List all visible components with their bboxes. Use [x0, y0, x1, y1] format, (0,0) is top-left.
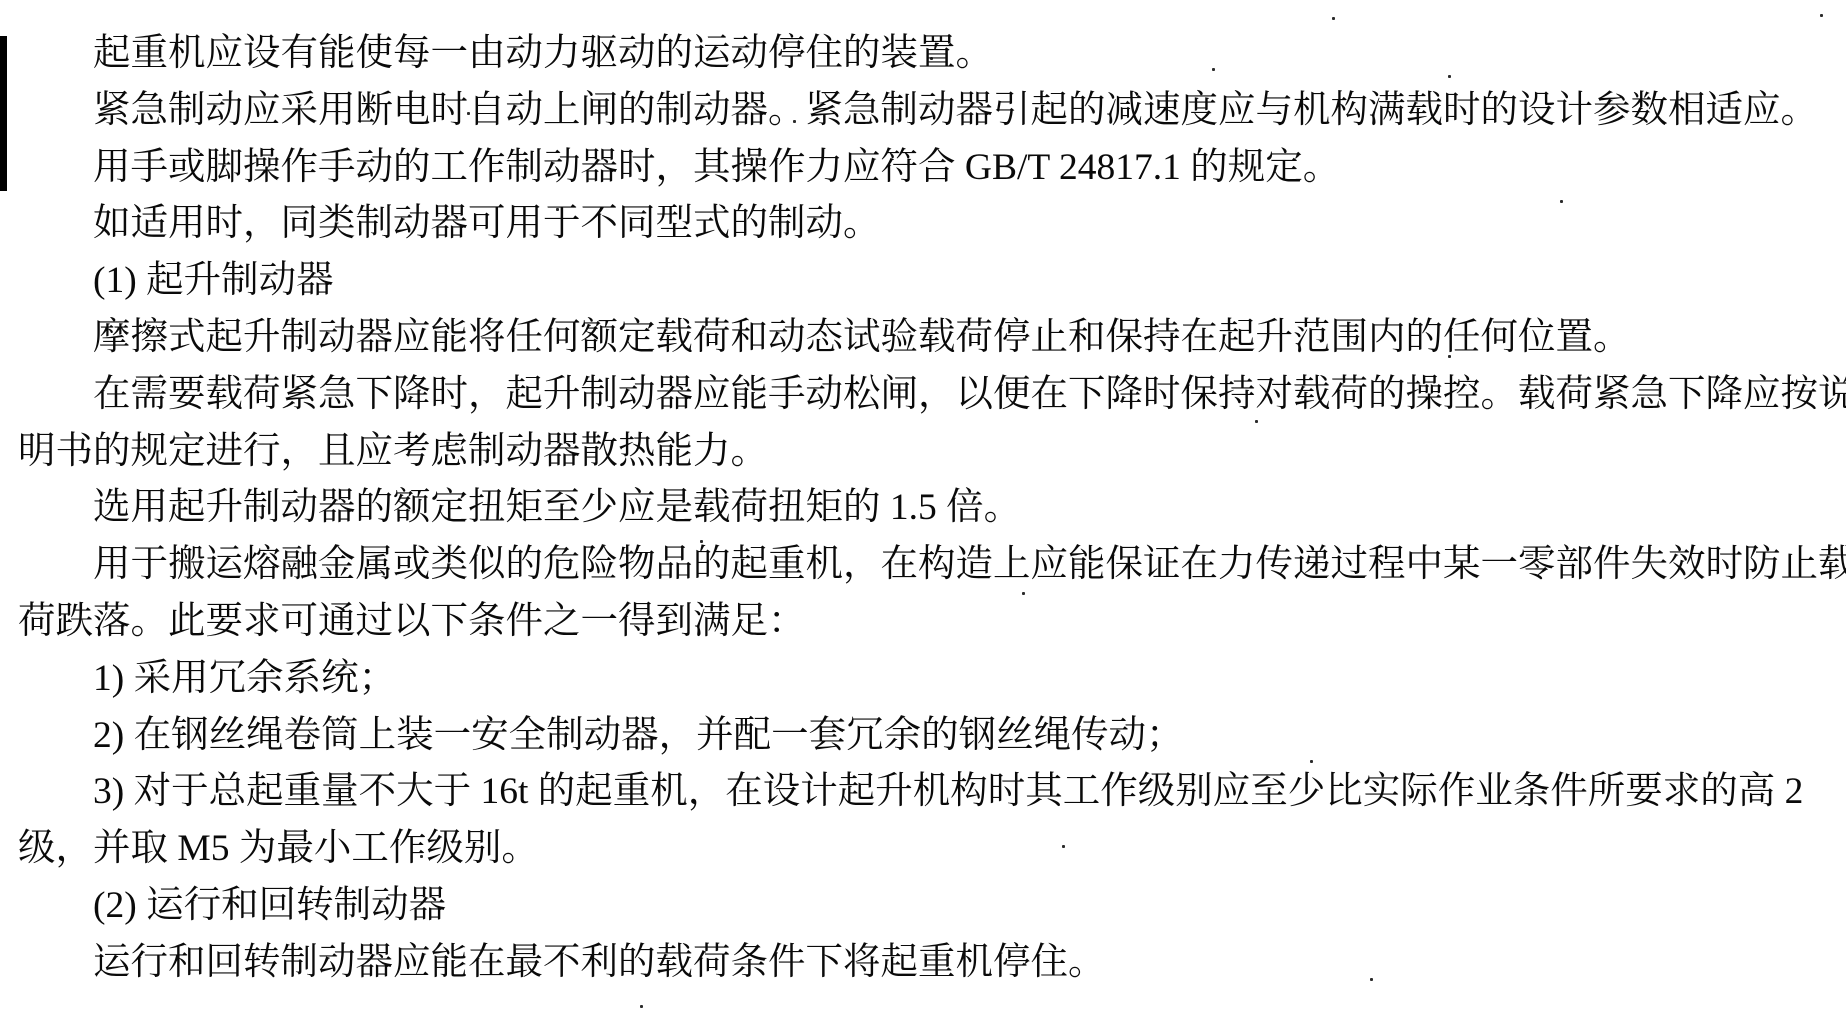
- text-line: 荷跌落。此要求可通过以下条件之一得到满足：: [18, 594, 1846, 651]
- text-line: 起重机应设有能使每一由动力驱动的运动停住的装置。: [18, 26, 1846, 83]
- text-line: 用于搬运熔融金属或类似的危险物品的起重机，在构造上应能保证在力传递过程中某一零部…: [18, 537, 1846, 594]
- scan-edge-artifact: [0, 36, 7, 191]
- text-line: 3) 对于总起重量不大于 16t 的起重机，在设计起升机构时其工作级别应至少比实…: [18, 764, 1846, 821]
- document-text: 起重机应设有能使每一由动力驱动的运动停住的装置。紧急制动应采用断电时自动上闸的制…: [18, 26, 1846, 992]
- text-line: 紧急制动应采用断电时自动上闸的制动器。紧急制动器引起的减速度应与机构满载时的设计…: [18, 83, 1846, 140]
- text-line: 在需要载荷紧急下降时，起升制动器应能手动松闸，以便在下降时保持对载荷的操控。载荷…: [18, 367, 1846, 424]
- text-line: 级，并取 M5 为最小工作级别。: [18, 821, 1846, 878]
- scan-speck: [1332, 17, 1335, 20]
- text-line: 明书的规定进行，且应考虑制动器散热能力。: [18, 424, 1846, 481]
- scan-speck: [640, 1005, 643, 1008]
- text-line: (2) 运行和回转制动器: [18, 878, 1846, 935]
- text-line: 1) 采用冗余系统；: [18, 651, 1846, 708]
- text-line: 摩擦式起升制动器应能将任何额定载荷和动态试验载荷停止和保持在起升范围内的任何位置…: [18, 310, 1846, 367]
- scan-speck: [1820, 14, 1823, 17]
- text-line: 运行和回转制动器应能在最不利的载荷条件下将起重机停住。: [18, 935, 1846, 992]
- text-line: 选用起升制动器的额定扭矩至少应是载荷扭矩的 1.5 倍。: [18, 480, 1846, 537]
- text-line: (1) 起升制动器: [18, 253, 1846, 310]
- text-line: 用手或脚操作手动的工作制动器时，其操作力应符合 GB/T 24817.1 的规定…: [18, 140, 1846, 197]
- text-line: 2) 在钢丝绳卷筒上装一安全制动器，并配一套冗余的钢丝绳传动；: [18, 708, 1846, 765]
- scanned-document-page: 起重机应设有能使每一由动力驱动的运动停住的装置。紧急制动应采用断电时自动上闸的制…: [0, 0, 1846, 1023]
- text-line: 如适用时，同类制动器可用于不同型式的制动。: [18, 196, 1846, 253]
